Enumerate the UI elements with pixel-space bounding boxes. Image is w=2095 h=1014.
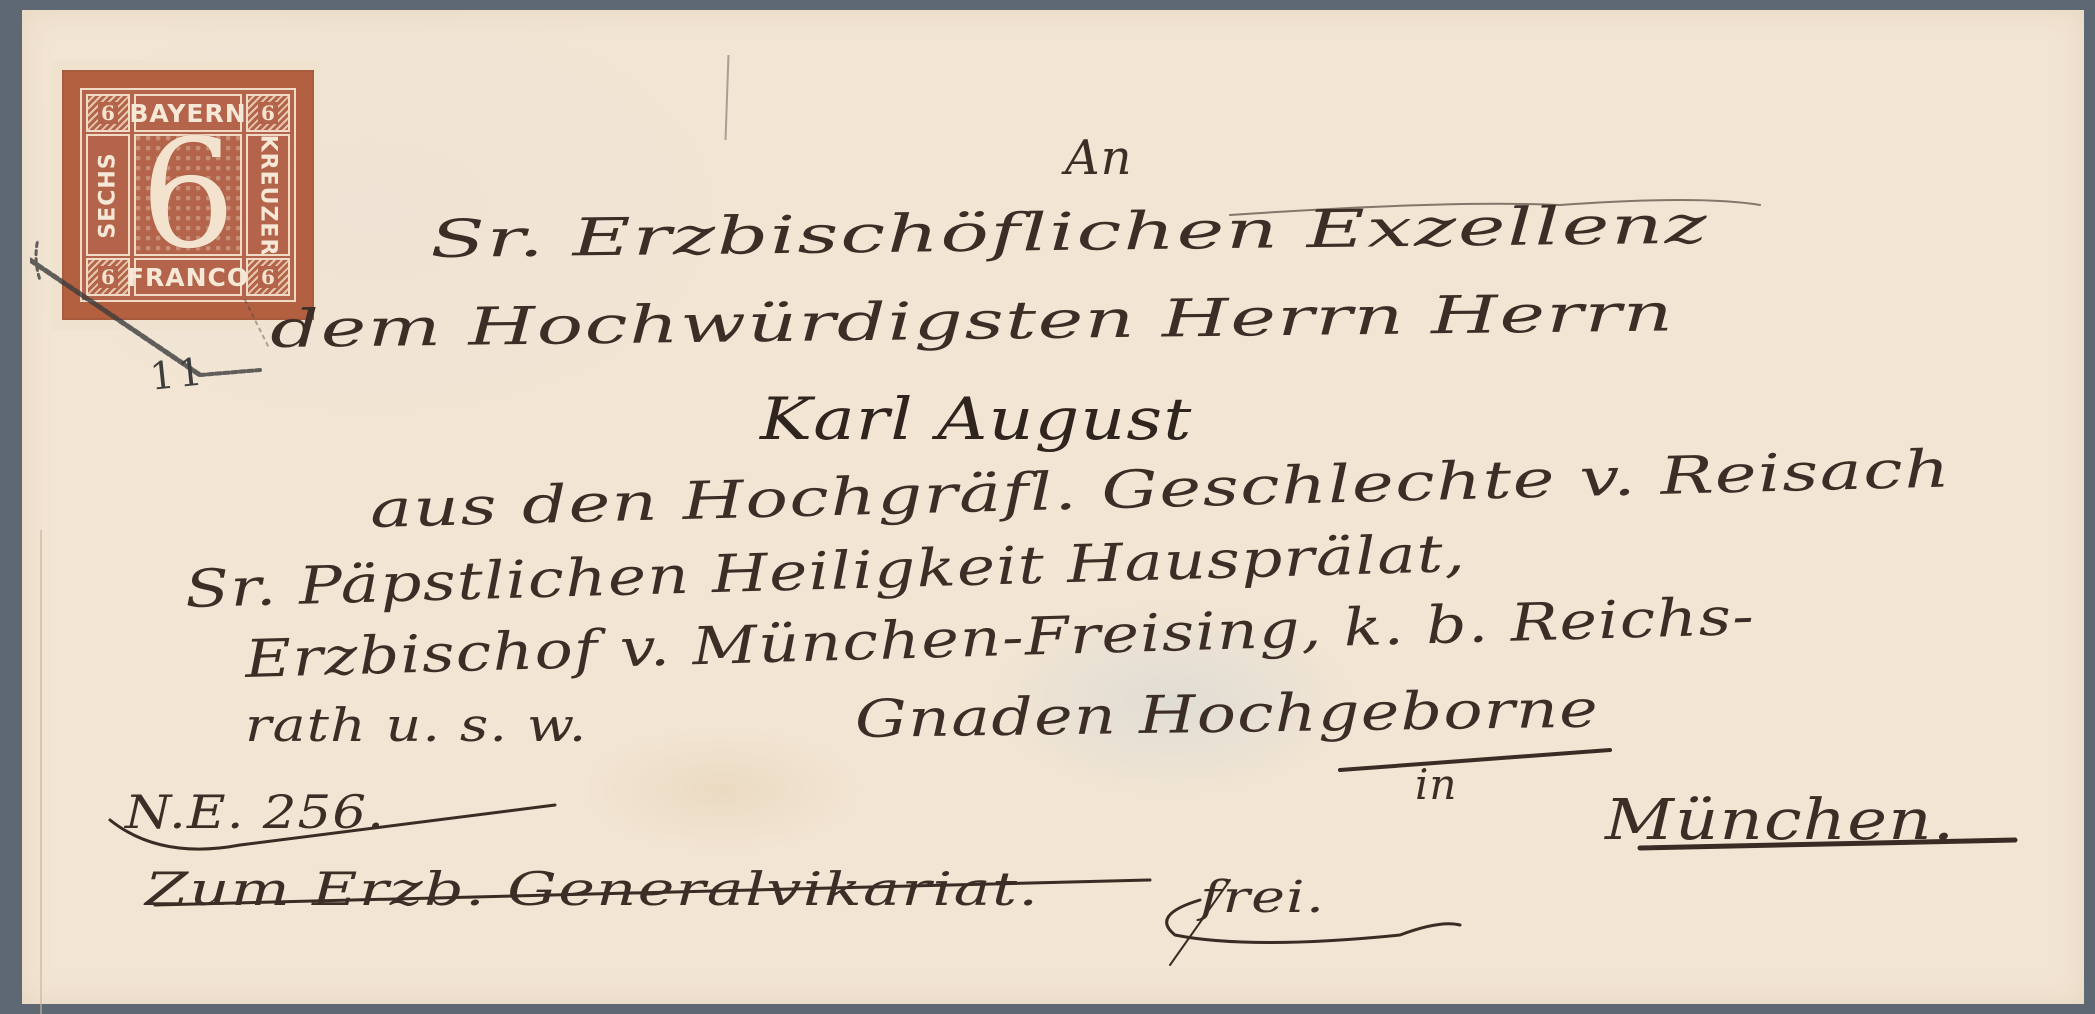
postage-stamp: 6 6 6 6 BAYERN FRANCO SECHS KREUZER 6 bbox=[52, 60, 320, 330]
routing-note: Zum Erzb. Generalvikariat. bbox=[145, 862, 1039, 916]
address-recipient-name: Karl August bbox=[760, 385, 1193, 453]
address-closing-honorific: Gnaden Hochgeborne bbox=[854, 680, 1599, 750]
stamp-corner-numeral: 6 bbox=[86, 258, 130, 296]
stamp-currency-label: KREUZER bbox=[246, 134, 290, 256]
stamp-design: 6 6 6 6 BAYERN FRANCO SECHS KREUZER 6 bbox=[80, 88, 296, 302]
reference-number: N.E. 256. bbox=[125, 785, 385, 839]
stamp-corner-numeral: 6 bbox=[246, 94, 290, 132]
stamp-corner-numeral: 6 bbox=[246, 258, 290, 296]
stamp-corner-numeral: 6 bbox=[86, 94, 130, 132]
stamp-value-word-label: SECHS bbox=[86, 134, 130, 256]
stamp-center-panel: 6 bbox=[134, 134, 242, 256]
flap-edge bbox=[40, 530, 42, 1014]
address-in-label: in bbox=[1415, 760, 1457, 809]
postmark-number: 11 bbox=[148, 349, 209, 399]
stamp-value-numeral: 6 bbox=[140, 120, 235, 270]
address-city: München. bbox=[1605, 788, 1955, 853]
address-etc-line: rath u. s. w. bbox=[245, 698, 587, 752]
address-salutation: An bbox=[1065, 130, 1133, 186]
stamp-frame: 6 6 6 6 BAYERN FRANCO SECHS KREUZER 6 bbox=[62, 70, 314, 320]
postage-paid-note: frei. bbox=[1200, 872, 1325, 923]
